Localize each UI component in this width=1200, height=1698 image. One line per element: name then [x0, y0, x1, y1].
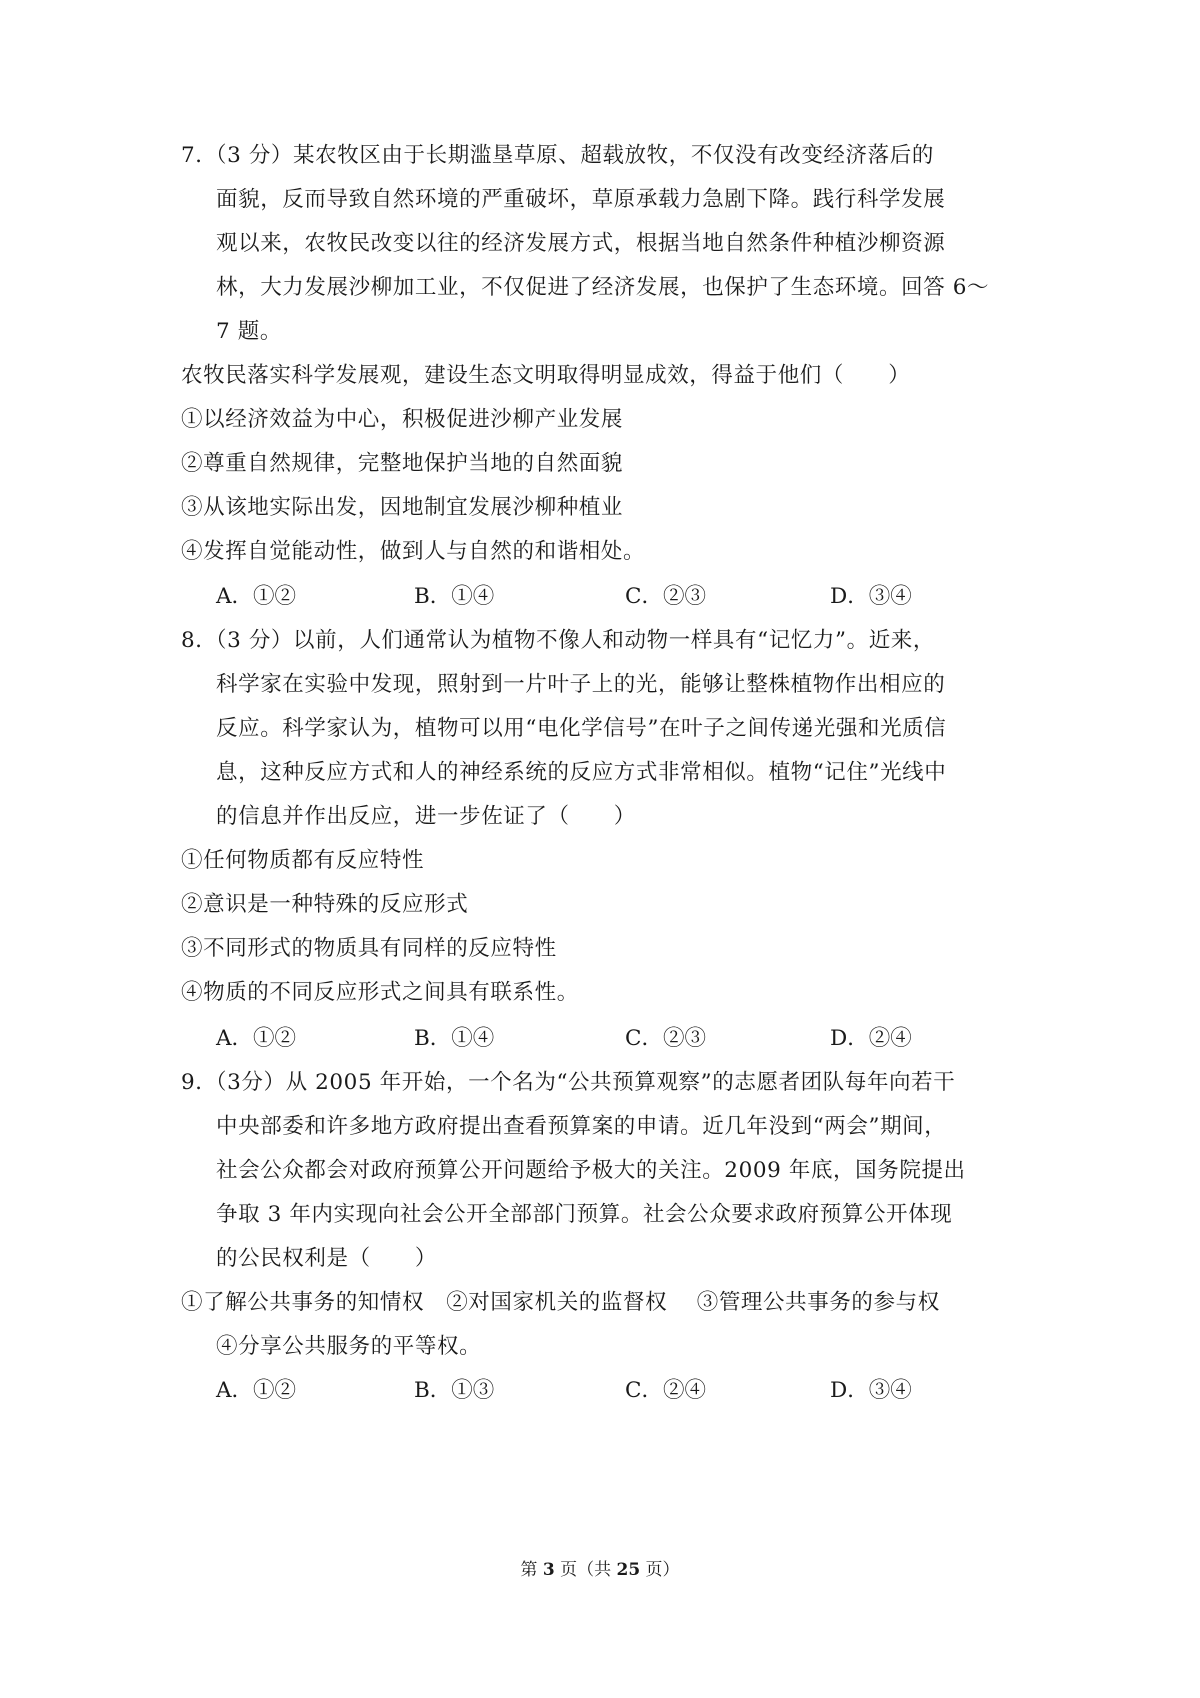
statement-4: ④发挥自觉能动性，做到人与自然的和谐相处。 — [181, 537, 645, 567]
statement-2: ②意识是一种特殊的反应形式 — [181, 890, 468, 920]
question-stem-line: 争取 3 年内实现向社会公开全部部门预算。社会公众要求政府预算公开体现 — [216, 1200, 952, 1230]
question-stem-line: 中央部委和许多地方政府提出查看预算案的申请。近几年没到“两会”期间， — [216, 1112, 946, 1142]
option-d[interactable]: D．③④ — [830, 1376, 912, 1406]
question-stem-line: 面貌，反而导致自然环境的严重破坏，草原承载力急剧下降。践行科学发展 — [216, 185, 945, 215]
option-b[interactable]: B．①④ — [414, 1024, 494, 1054]
question-stem-line: 社会公众都会对政府预算公开问题给予极大的关注。2009 年底，国务院提出 — [216, 1156, 966, 1186]
question-stem-line: 观以来，农牧民改变以往的经济发展方式，根据当地自然条件种植沙柳资源 — [216, 229, 945, 259]
question-number: 7． — [181, 141, 205, 171]
question-stem-line: 息，这种反应方式和人的神经系统的反应方式非常相似。植物“记住”光线中 — [216, 758, 946, 788]
option-c[interactable]: C．②④ — [625, 1376, 706, 1406]
question-stem-line: 反应。科学家认为，植物可以用“电化学信号”在叶子之间传递光强和光质信 — [216, 714, 946, 744]
page-number: 3 — [543, 1560, 555, 1580]
option-a[interactable]: A．①② — [216, 1024, 296, 1054]
option-d[interactable]: D．②④ — [830, 1024, 912, 1054]
question-stem-line: 9．（3分）从 2005 年开始，一个名为“公共预算观察”的志愿者团队每年向若干 — [181, 1068, 955, 1098]
statement-4: ④物质的不同反应形式之间具有联系性。 — [181, 978, 579, 1008]
page-footer: 第 3 页（共 25 页） — [0, 1558, 1200, 1582]
question-stem-line: 7．（3 分）某农牧区由于长期滥垦草原、超载放牧，不仅没有改变经济落后的 — [181, 141, 934, 171]
option-c[interactable]: C．②③ — [625, 1024, 706, 1054]
option-b[interactable]: B．①④ — [414, 582, 494, 612]
statements-line: ①了解公共事务的知情权 ②对国家机关的监督权 ③管理公共事务的参与权 — [181, 1288, 940, 1318]
exam-page: 7．（3 分）某农牧区由于长期滥垦草原、超载放牧，不仅没有改变经济落后的 面貌，… — [0, 0, 1200, 1698]
option-c[interactable]: C．②③ — [625, 582, 706, 612]
page-total: 25 — [616, 1560, 640, 1580]
option-b[interactable]: B．①③ — [414, 1376, 494, 1406]
question-stem-line: 科学家在实验中发现，照射到一片叶子上的光，能够让整株植物作出相应的 — [216, 670, 945, 700]
statement-2: ②尊重自然规律，完整地保护当地的自然面貌 — [181, 449, 623, 479]
statement-3: ③不同形式的物质具有同样的反应特性 — [181, 934, 557, 964]
option-a[interactable]: A．①② — [216, 582, 296, 612]
statement-1: ①任何物质都有反应特性 — [181, 846, 424, 876]
question-prompt: 农牧民落实科学发展观，建设生态文明取得明显成效，得益于他们（ ） — [181, 361, 910, 391]
statement-1: ①以经济效益为中心，积极促进沙柳产业发展 — [181, 405, 623, 435]
question-stem-line: 的公民权利是（ ） — [216, 1244, 437, 1274]
option-d[interactable]: D．③④ — [830, 582, 912, 612]
statement-3: ③从该地实际出发，因地制宜发展沙柳种植业 — [181, 493, 623, 523]
option-a[interactable]: A．①② — [216, 1376, 296, 1406]
question-stem-line: 林，大力发展沙柳加工业，不仅促进了经济发展，也保护了生态环境。回答 6～ — [216, 273, 989, 303]
question-stem-line: 8．（3 分）以前，人们通常认为植物不像人和动物一样具有“记忆力”。近来， — [181, 626, 935, 656]
question-stem-line: 7 题。 — [216, 317, 282, 347]
statement-4: ④分享公共服务的平等权。 — [216, 1332, 481, 1362]
question-number: 8． — [181, 626, 205, 656]
question-stem-line: 的信息并作出反应，进一步佐证了（ ） — [216, 802, 636, 832]
question-number: 9． — [181, 1068, 205, 1098]
